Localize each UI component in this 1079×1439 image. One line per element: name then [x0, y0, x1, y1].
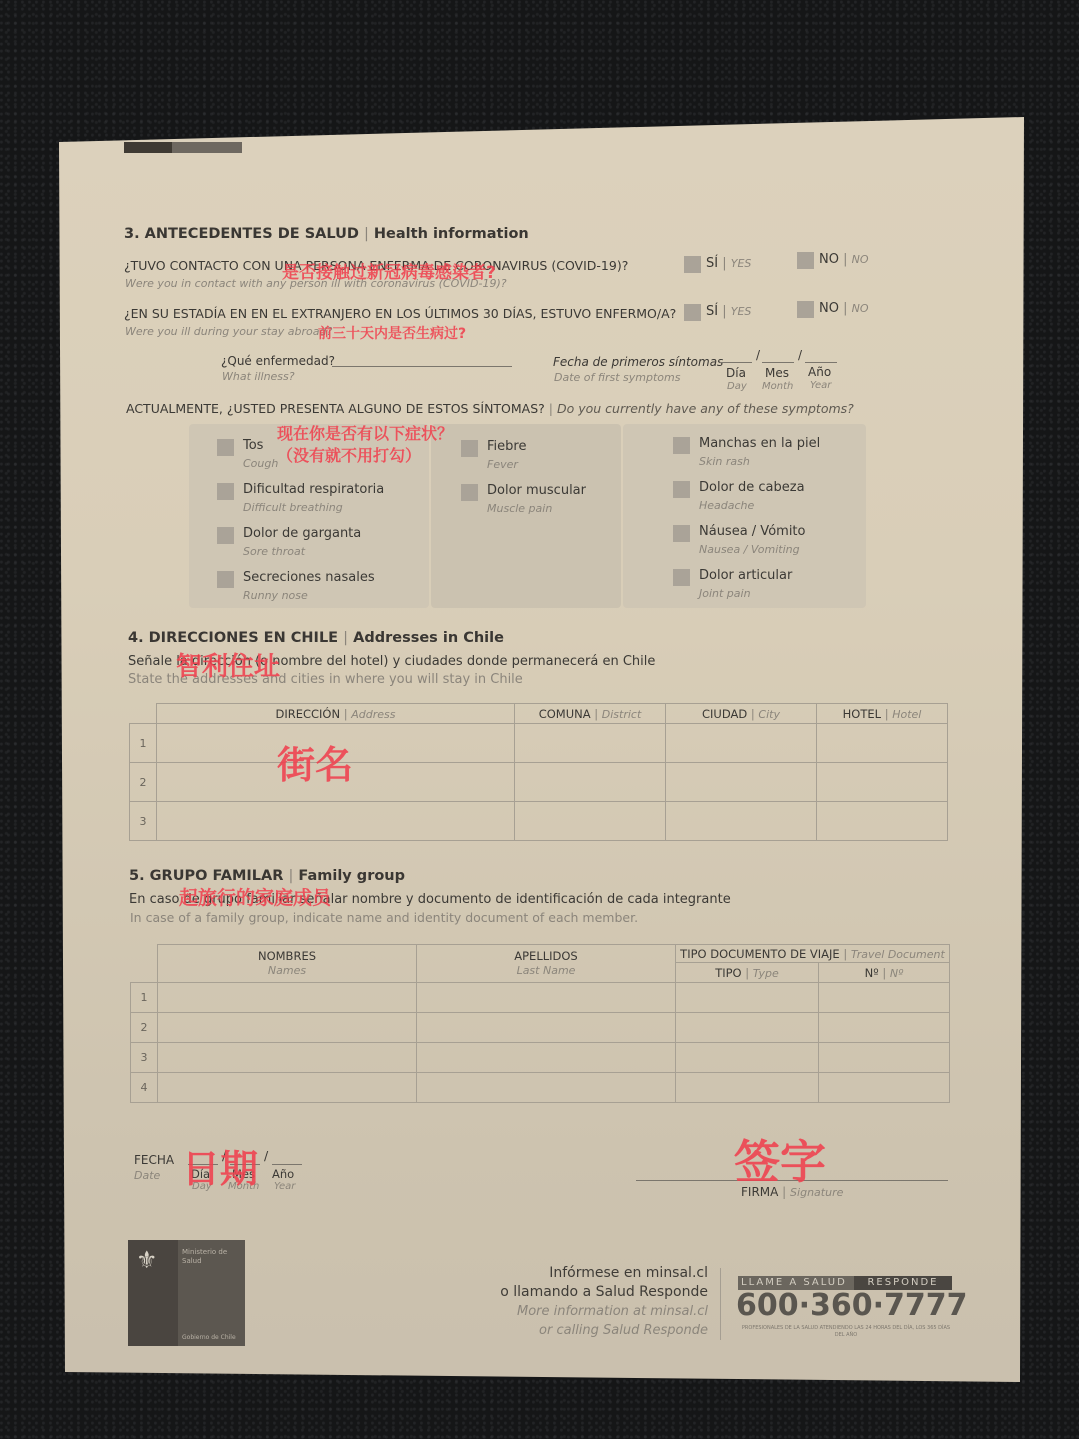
info-text: Infórmese en minsal.cl o llamando a Salu… [480, 1264, 708, 1340]
ill-no-checkbox[interactable] [797, 301, 814, 318]
yes-label: SÍ | YES [706, 256, 751, 271]
symptom-label-en: Skin rash [699, 455, 750, 468]
date-label: FECHA [134, 1153, 174, 1167]
address-cell[interactable] [157, 802, 515, 841]
year-label: Año [808, 365, 831, 379]
symptom-checkbox[interactable] [673, 481, 690, 498]
col-hotel: HOTEL | Hotel [817, 704, 948, 724]
symptom-label-en: Sore throat [243, 545, 305, 558]
name-cell[interactable] [158, 1073, 417, 1103]
col-names: NOMBRESNames [158, 945, 417, 983]
symptom-label-en: Headache [699, 499, 754, 512]
district-cell[interactable] [515, 724, 666, 763]
page-tab-marker [172, 142, 242, 153]
symptom-checkbox[interactable] [217, 483, 234, 500]
table-row: 3 [130, 802, 948, 841]
symptom-label-en: Nausea / Vomiting [699, 543, 800, 556]
symptom-checkbox[interactable] [673, 437, 690, 454]
annotation-symptoms: 现在你是否有以下症状？（没有就不用打勾） [277, 423, 457, 467]
hotel-cell[interactable] [817, 763, 948, 802]
page-tab-marker [124, 142, 172, 153]
doc-number-cell[interactable] [819, 983, 950, 1013]
chile-coat-of-arms-icon: ⚜ [136, 1246, 158, 1274]
doc-number-cell[interactable] [819, 1073, 950, 1103]
symptom-label: Fiebre [487, 439, 526, 454]
doc-number-cell[interactable] [819, 1013, 950, 1043]
col-doc-type: TIPO | Type [676, 963, 819, 983]
row-number: 3 [130, 802, 157, 841]
symptom-checkbox[interactable] [217, 527, 234, 544]
last-name-cell[interactable] [417, 1073, 676, 1103]
annotation-date: 日期 [182, 1138, 258, 1193]
annotation-street: 街名 [277, 734, 353, 789]
symptom-label-en: Fever [487, 458, 518, 471]
symptom-label: Manchas en la piel [699, 436, 820, 451]
symptom-label-en: Joint pain [699, 587, 751, 600]
annotation-address: 智利住址 [176, 646, 280, 683]
symptom-checkbox[interactable] [461, 440, 478, 457]
table-row: 2 [131, 1013, 950, 1043]
symptom-checkbox[interactable] [461, 484, 478, 501]
date-separator: / [264, 1148, 268, 1163]
day-label: Día [726, 366, 746, 380]
symptom-month-input[interactable] [762, 350, 794, 363]
symptom-checkbox[interactable] [217, 439, 234, 456]
year-label-en: Year [274, 1181, 295, 1192]
addresses-table: DIRECCIÓN | Address COMUNA | District CI… [129, 703, 948, 841]
family-table: NOMBRESNames APELLIDOSLast Name TIPO DOC… [130, 944, 950, 1103]
city-cell[interactable] [666, 763, 817, 802]
col-doc-number: Nº | Nº [819, 963, 950, 983]
table-row: 3 [131, 1043, 950, 1073]
year-label: Año [272, 1167, 294, 1181]
phone-fine-print: PROFESIONALES DE LA SALUD ATENDIENDO LAS… [740, 1325, 952, 1339]
col-travel-document: TIPO DOCUMENTO DE VIAJE | Travel Documen… [676, 945, 950, 963]
symptom-label-en: Runny nose [243, 589, 308, 602]
city-cell[interactable] [666, 802, 817, 841]
annotation-contact: 是否接触过新冠病毒感染者? [282, 262, 512, 284]
symptom-checkbox[interactable] [217, 571, 234, 588]
hotel-cell[interactable] [817, 724, 948, 763]
first-symptoms-label-en: Date of first symptoms [554, 371, 680, 384]
date-separator: / [756, 348, 760, 362]
question-ill-abroad: ¿EN SU ESTADÍA EN EN EL EXTRANJERO EN LO… [124, 306, 676, 321]
col-last-name: APELLIDOSLast Name [417, 945, 676, 983]
ministry-logo: ⚜ Ministerio de Salud Gobierno de Chile [128, 1240, 245, 1346]
first-symptoms-label: Fecha de primeros síntomas [553, 355, 723, 369]
year-label-en: Year [810, 380, 831, 391]
hotel-cell[interactable] [817, 802, 948, 841]
section-5-desc-en: In case of a family group, indicate name… [130, 910, 638, 925]
annotation-family: 起旅行的家庭成员 [179, 883, 331, 910]
symptom-label: Secreciones nasales [243, 570, 375, 585]
annotation-sign: 签字 [734, 1126, 826, 1192]
symptom-label-en: Difficult breathing [243, 501, 343, 514]
no-label: NO | NO [819, 252, 869, 267]
district-cell[interactable] [515, 802, 666, 841]
contact-no-checkbox[interactable] [797, 252, 814, 269]
col-city: CIUDAD | City [666, 704, 817, 724]
table-row: 2 [130, 763, 948, 802]
ill-yes-checkbox[interactable] [684, 304, 701, 321]
doc-type-cell[interactable] [676, 1073, 819, 1103]
date-label-en: Date [134, 1169, 160, 1182]
row-number: 1 [131, 983, 158, 1013]
name-cell[interactable] [158, 1043, 417, 1073]
yes-label: SÍ | YES [706, 304, 751, 319]
footer-divider [720, 1268, 721, 1340]
contact-yes-checkbox[interactable] [684, 256, 701, 273]
last-name-cell[interactable] [417, 1043, 676, 1073]
col-address: DIRECCIÓN | Address [157, 704, 515, 724]
sign-year-input[interactable] [272, 1150, 302, 1165]
illness-label-en: What illness? [222, 370, 295, 383]
illness-input[interactable] [332, 352, 512, 367]
symptoms-question: ACTUALMENTE, ¿USTED PRESENTA ALGUNO DE E… [126, 401, 854, 416]
name-cell[interactable] [158, 983, 417, 1013]
illness-label: ¿Qué enfermedad? [221, 354, 335, 368]
row-number: 2 [130, 763, 157, 802]
row-number: 3 [131, 1043, 158, 1073]
symptom-checkbox[interactable] [673, 569, 690, 586]
city-cell[interactable] [666, 724, 817, 763]
row-number: 1 [130, 724, 157, 763]
doc-type-cell[interactable] [676, 1043, 819, 1073]
symptom-day-input[interactable] [720, 350, 752, 363]
symptom-label-en: Cough [243, 457, 278, 470]
symptom-label: Tos [243, 438, 263, 453]
doc-number-cell[interactable] [819, 1043, 950, 1073]
symptom-label-en: Muscle pain [487, 502, 552, 515]
district-cell[interactable] [515, 763, 666, 802]
symptom-year-input[interactable] [805, 350, 837, 363]
symptom-checkbox[interactable] [673, 525, 690, 542]
row-number: 4 [131, 1073, 158, 1103]
month-label-en: Month [762, 381, 793, 392]
symptom-label: Dolor de cabeza [699, 480, 805, 495]
day-label-en: Day [727, 381, 747, 392]
annotation-ill: 前三十天内是否生病过? [318, 325, 473, 344]
month-label: Mes [765, 366, 789, 380]
section-5-title: 5. GRUPO FAMILAR | Family group [129, 868, 405, 884]
symptom-label: Náusea / Vómito [699, 524, 805, 539]
col-district: COMUNA | District [515, 704, 666, 724]
table-row: 1 [131, 983, 950, 1013]
row-number: 2 [131, 1013, 158, 1043]
symptom-label: Dolor de garganta [243, 526, 361, 541]
table-row: 4 [131, 1073, 950, 1103]
doc-type-cell[interactable] [676, 1013, 819, 1043]
section-3-title: 3. ANTECEDENTES DE SALUD | Health inform… [124, 226, 529, 242]
question-ill-abroad-en: Were you ill during your stay abroad? [125, 325, 332, 338]
symptom-label: Dolor muscular [487, 483, 586, 498]
symptom-label: Dolor articular [699, 568, 792, 583]
last-name-cell[interactable] [417, 1013, 676, 1043]
doc-type-cell[interactable] [676, 983, 819, 1013]
name-cell[interactable] [158, 1013, 417, 1043]
section-4-title: 4. DIRECCIONES EN CHILE | Addresses in C… [128, 630, 504, 646]
last-name-cell[interactable] [417, 983, 676, 1013]
phone-number: 600·360·7777 [736, 1288, 968, 1323]
symptom-label: Dificultad respiratoria [243, 482, 384, 497]
date-separator: / [798, 348, 802, 362]
table-row: 1 [130, 724, 948, 763]
no-label: NO | NO [819, 301, 869, 316]
